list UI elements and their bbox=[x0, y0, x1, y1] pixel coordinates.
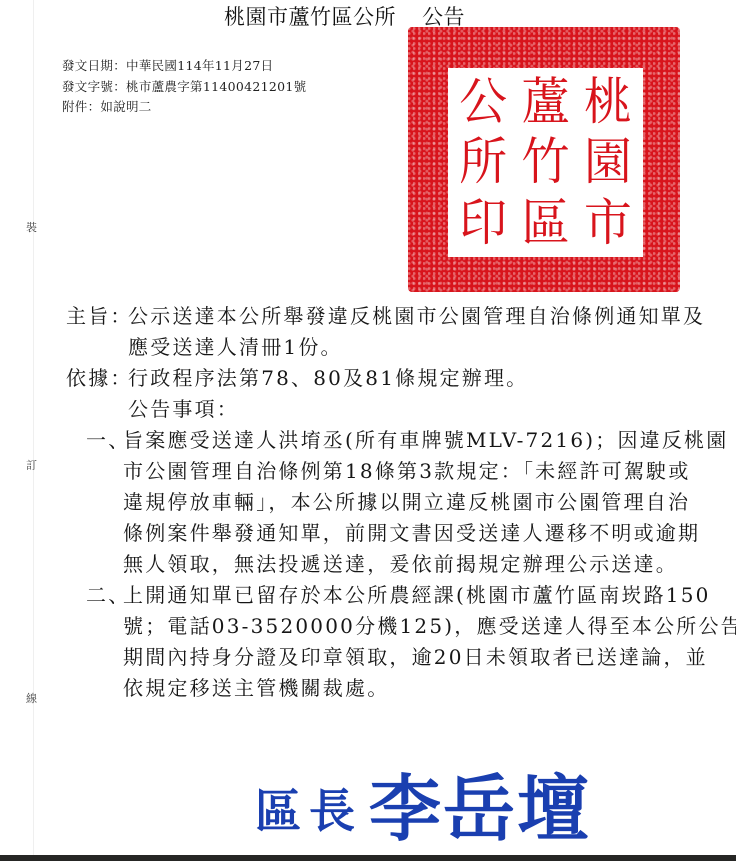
meta-date: 發文日期：中華民國114年11月27日 bbox=[62, 56, 273, 74]
seal-glyph: 區 bbox=[514, 191, 576, 254]
official-seal: 桃 園 市 蘆 竹 區 公 所 印 bbox=[408, 27, 680, 292]
subject-line: 應受送達人清冊1份。 bbox=[128, 331, 343, 360]
meta-number-label: 發文字號： bbox=[62, 79, 126, 94]
item-line: 期間內持身分證及印章領取，逾20日未領取者已送達論，並 bbox=[123, 641, 708, 670]
signature-name: 李岳壇 bbox=[369, 751, 591, 855]
title-org: 桃園市蘆竹區公所 bbox=[224, 5, 396, 29]
seal-inner-window: 桃 園 市 蘆 竹 區 公 所 印 bbox=[448, 68, 643, 257]
meta-number: 發文字號：桃市蘆農字第11400421201號 bbox=[62, 77, 306, 95]
meta-attachment: 附件：如說明二 bbox=[62, 97, 152, 115]
seal-glyph: 市 bbox=[577, 191, 639, 254]
meta-attachment-value: 如說明二 bbox=[100, 99, 151, 114]
seal-glyph: 桃 bbox=[577, 70, 639, 133]
seal-glyph: 公 bbox=[452, 70, 514, 133]
item-line: 旨案應受送達人洪堉丞(所有車牌號MLV-7216)；因違反桃園 bbox=[123, 424, 728, 453]
binding-mark-ding: 訂 bbox=[26, 457, 37, 473]
meta-number-value: 桃市蘆農字第11400421201號 bbox=[126, 79, 306, 94]
basis-label: 依據： bbox=[66, 362, 133, 391]
signature-block: 區長 李岳壇 bbox=[255, 765, 591, 855]
item-line: 無人領取，無法投遞送達，爰依前揭規定辦理公示送達。 bbox=[123, 548, 678, 577]
seal-glyph: 竹 bbox=[514, 131, 576, 194]
binding-mark-xian: 線 bbox=[26, 690, 37, 706]
item-line: 市公園管理自治條例第18條第3款規定：「未經許可駕駛或 bbox=[123, 455, 691, 484]
bottom-bar bbox=[0, 855, 736, 861]
item-line: 依規定移送主管機關裁處。 bbox=[123, 672, 389, 701]
seal-glyphs: 桃 園 市 蘆 竹 區 公 所 印 bbox=[452, 72, 639, 253]
seal-glyph: 蘆 bbox=[514, 70, 576, 133]
announcement-heading: 公告事項： bbox=[128, 393, 239, 422]
meta-attachment-label: 附件： bbox=[62, 99, 100, 114]
seal-glyph: 印 bbox=[452, 191, 514, 254]
item-line: 號；電話03-3520000分機125)，應受送達人得至本公所公告 bbox=[123, 610, 736, 639]
signature-title: 區長 bbox=[255, 775, 363, 841]
meta-date-label: 發文日期： bbox=[62, 58, 126, 73]
basis-text: 行政程序法第78、80及81條規定辦理。 bbox=[128, 362, 528, 391]
binding-mark-zhuang: 裝 bbox=[26, 219, 37, 235]
subject-label: 主旨： bbox=[66, 300, 133, 329]
item-line: 違規停放車輛」，本公所據以開立違反桃園市公園管理自治 bbox=[123, 486, 690, 515]
meta-date-value: 中華民國114年11月27日 bbox=[126, 58, 273, 73]
seal-glyph: 園 bbox=[577, 131, 639, 194]
subject-line: 公示送達本公所舉發違反桃園市公園管理自治條例通知單及 bbox=[128, 300, 705, 329]
seal-glyph: 所 bbox=[452, 131, 514, 194]
item-line: 上開通知單已留存於本公所農經課(桃園市蘆竹區南崁路150 bbox=[123, 579, 711, 608]
binding-line bbox=[33, 0, 34, 855]
item-line: 條例案件舉發通知單，前開文書因受送達人遷移不明或逾期 bbox=[123, 517, 700, 546]
title-type: 公告 bbox=[422, 5, 465, 29]
